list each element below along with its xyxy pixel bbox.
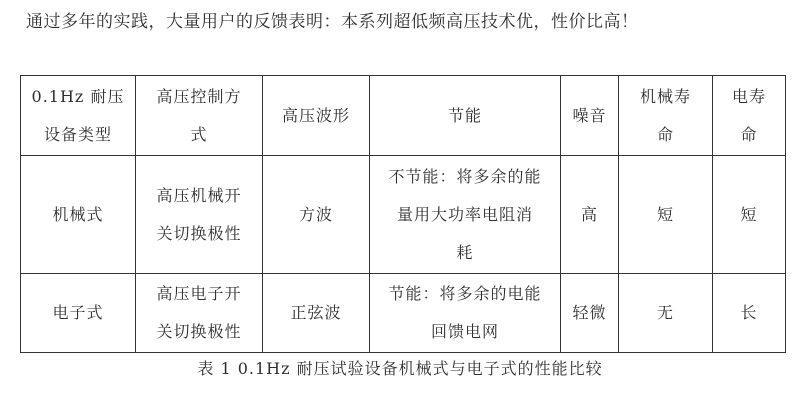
- table-header-row: 0.1Hz 耐压 设备类型 高压控制方 式 高压波形 节能 噪音 机械寿 命 电…: [21, 76, 786, 156]
- cell-noise: 轻微: [561, 274, 619, 353]
- header-mechanical-life: 机械寿 命: [619, 76, 713, 156]
- cell-line: 关切换极性: [142, 215, 256, 253]
- cell-energy: 不节能：将多余的能 量用大功率电阻消 耗: [370, 156, 561, 274]
- cell-waveform: 正弦波: [263, 274, 370, 353]
- cell-noise: 高: [561, 156, 619, 274]
- cell-type: 电子式: [21, 274, 136, 353]
- header-noise: 噪音: [561, 76, 619, 156]
- cell-line: 不节能：将多余的能: [376, 158, 554, 196]
- cell-line: 量用大功率电阻消: [376, 196, 554, 234]
- cell-electrical-life: 长: [713, 274, 786, 353]
- header-line: 电寿: [719, 78, 779, 116]
- comparison-table: 0.1Hz 耐压 设备类型 高压控制方 式 高压波形 节能 噪音 机械寿 命 电…: [20, 75, 786, 353]
- table-row-mechanical: 机械式 高压机械开 关切换极性 方波 不节能：将多余的能 量用大功率电阻消 耗 …: [21, 156, 786, 274]
- header-line: 设备类型: [27, 116, 129, 154]
- table-caption: 表 1 0.1Hz 耐压试验设备机械式与电子式的性能比较: [0, 358, 800, 380]
- header-line: 式: [142, 116, 256, 154]
- cell-electrical-life: 短: [713, 156, 786, 274]
- cell-line: 回馈电网: [376, 313, 554, 351]
- header-line: 命: [719, 116, 779, 154]
- table-row-electronic: 电子式 高压电子开 关切换极性 正弦波 节能：将多余的电能 回馈电网 轻微 无 …: [21, 274, 786, 353]
- header-device-type: 0.1Hz 耐压 设备类型: [21, 76, 136, 156]
- header-control-method: 高压控制方 式: [136, 76, 263, 156]
- header-line: 噪音: [567, 97, 612, 135]
- cell-type: 机械式: [21, 156, 136, 274]
- intro-paragraph: 通过多年的实践，大量用户的反馈表明：本系列超低频高压技术优，性价比高！: [26, 10, 639, 34]
- header-line: 机械寿: [625, 78, 706, 116]
- cell-line: 耗: [376, 234, 554, 272]
- header-line: 0.1Hz 耐压: [27, 78, 129, 116]
- header-electrical-life: 电寿 命: [713, 76, 786, 156]
- header-waveform: 高压波形: [263, 76, 370, 156]
- cell-mechanical-life: 短: [619, 156, 713, 274]
- cell-line: 高压电子开: [142, 275, 256, 313]
- cell-mechanical-life: 无: [619, 274, 713, 353]
- header-line: 高压波形: [269, 97, 363, 135]
- header-line: 命: [625, 116, 706, 154]
- header-line: 高压控制方: [142, 78, 256, 116]
- cell-line: 节能：将多余的电能: [376, 275, 554, 313]
- cell-line: 关切换极性: [142, 313, 256, 351]
- cell-line: 高压机械开: [142, 177, 256, 215]
- cell-control: 高压电子开 关切换极性: [136, 274, 263, 353]
- cell-waveform: 方波: [263, 156, 370, 274]
- header-energy-saving: 节能: [370, 76, 561, 156]
- cell-energy: 节能：将多余的电能 回馈电网: [370, 274, 561, 353]
- cell-control: 高压机械开 关切换极性: [136, 156, 263, 274]
- header-line: 节能: [376, 97, 554, 135]
